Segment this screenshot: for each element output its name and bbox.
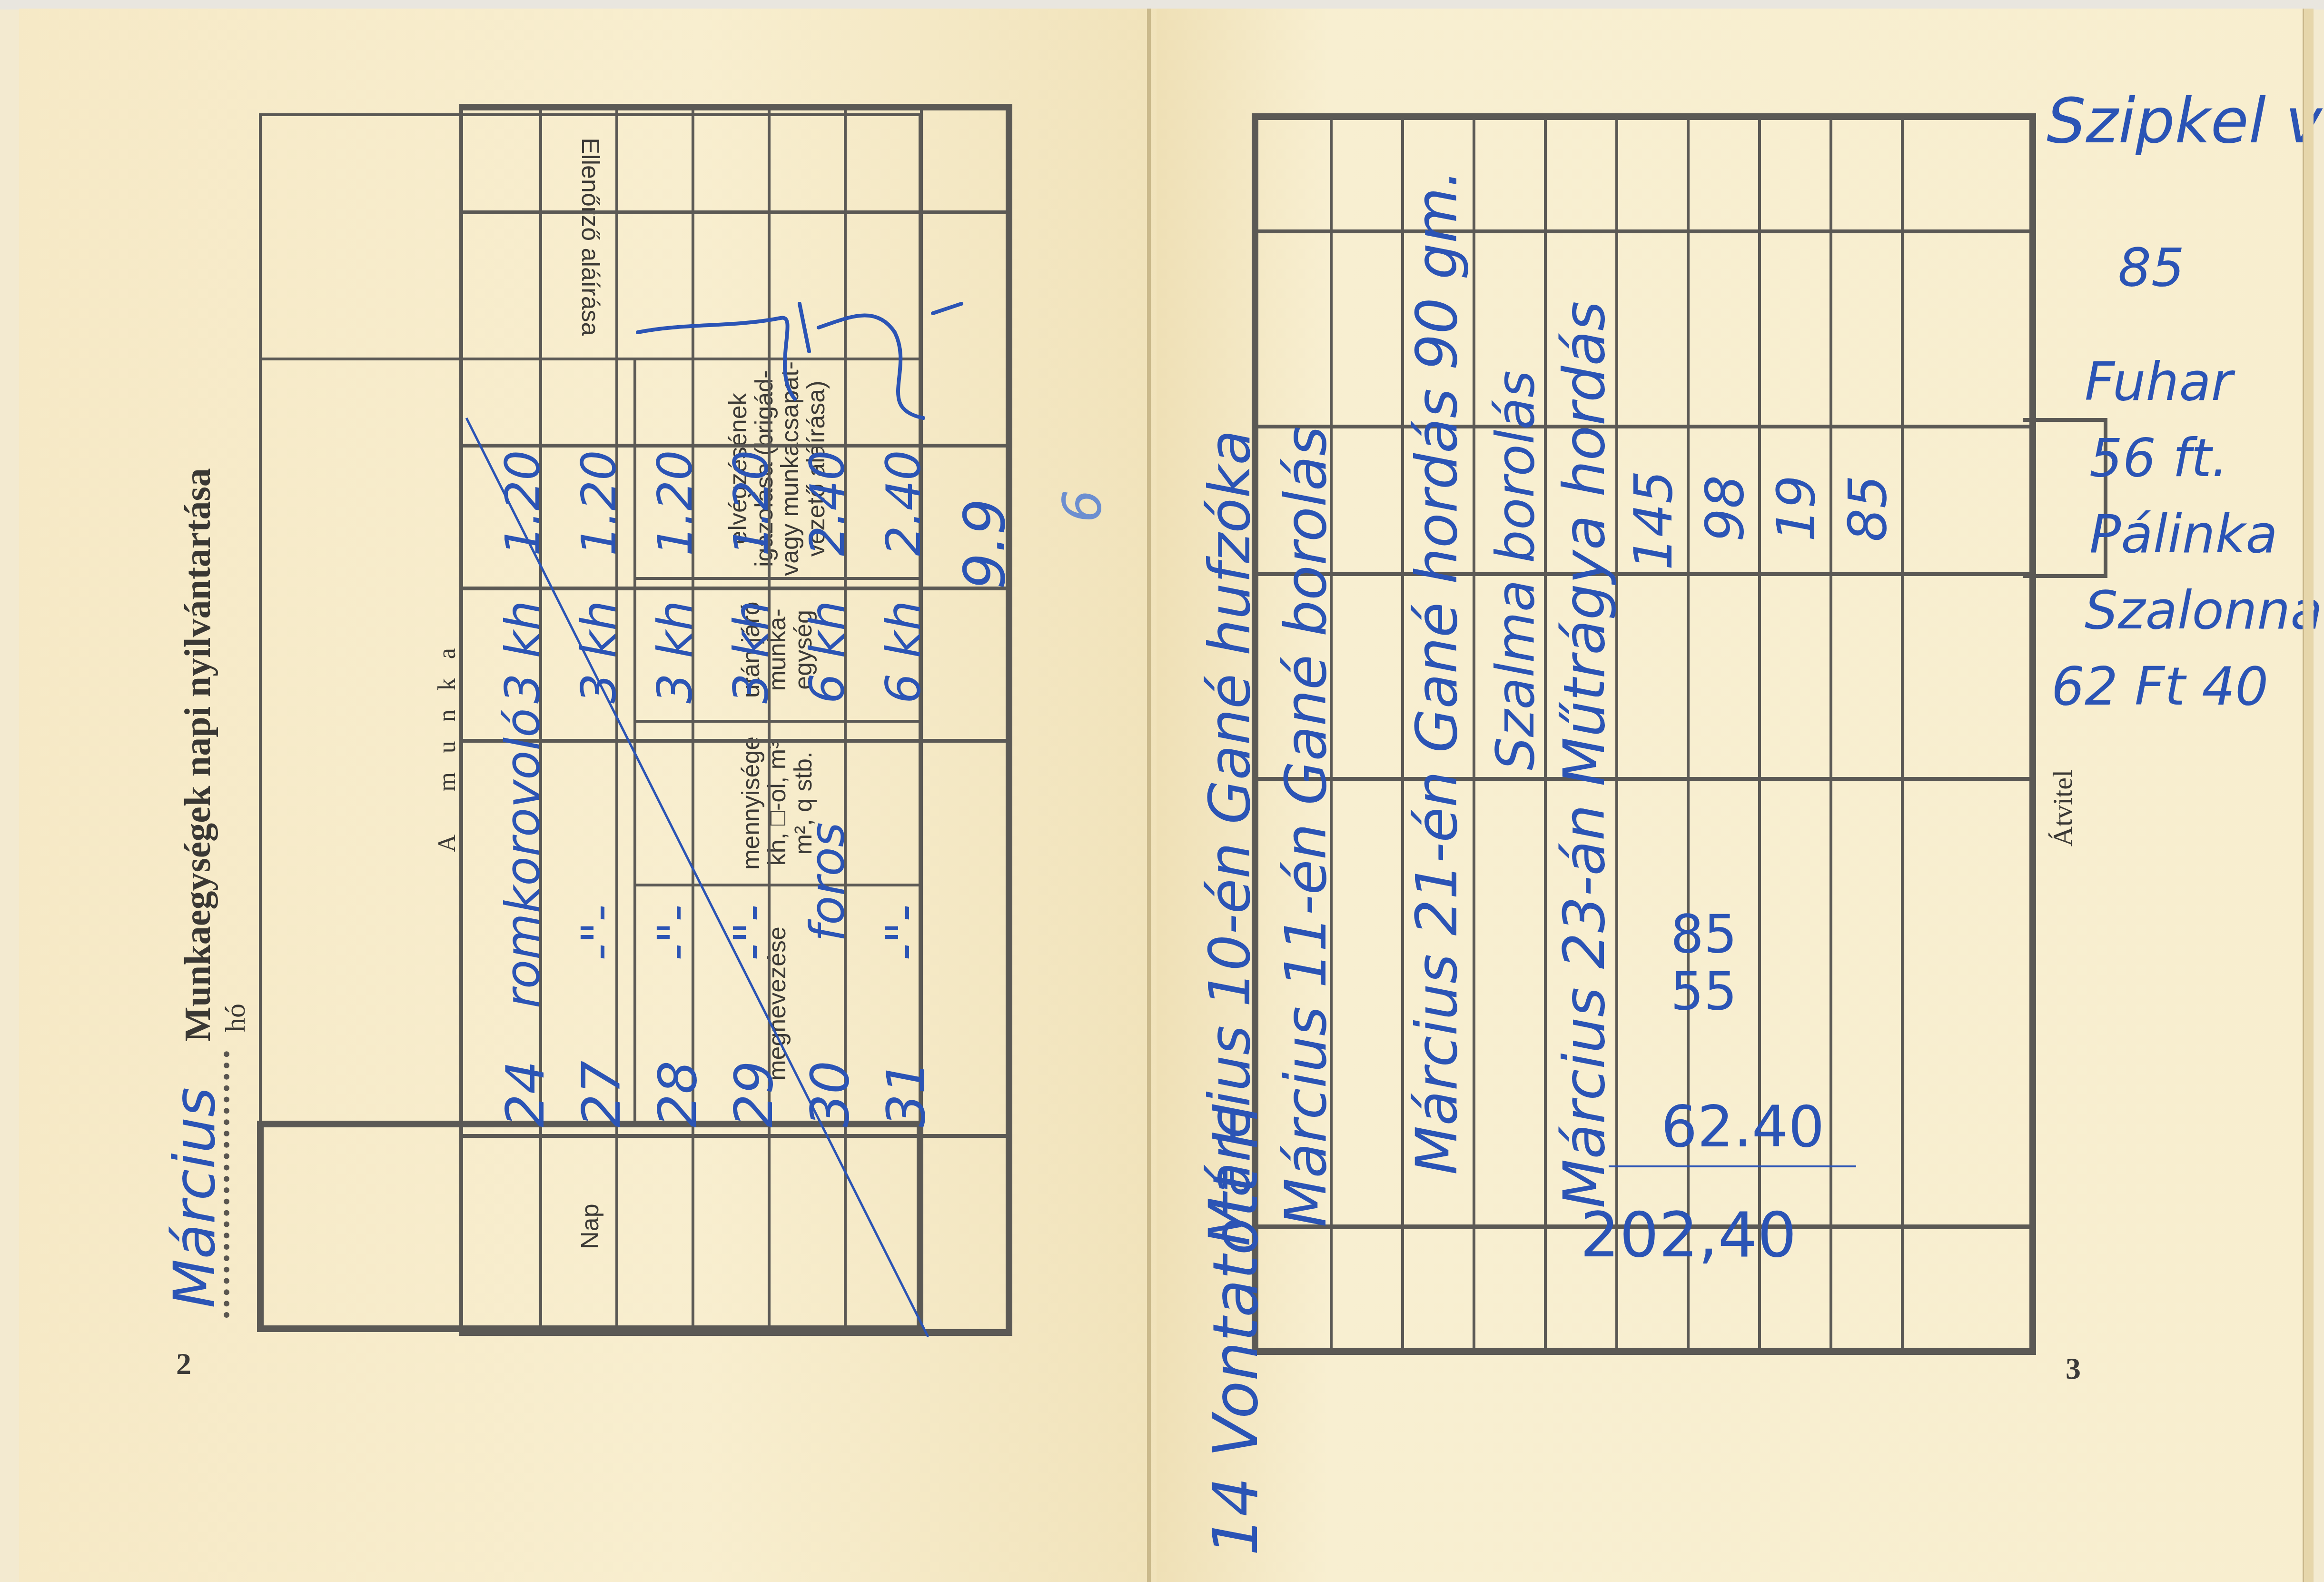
entry-line-5: Március 23-án Műtrágya hordás (1552, 301, 1618, 1208)
page-edge (2303, 9, 2314, 1582)
number-19: 19 (1766, 475, 1827, 542)
bottom-note: 14 Vontatott H (1199, 1103, 1272, 1556)
page-number-left: 2 (176, 1346, 191, 1382)
entry-line-4: Szalma borolás (1485, 370, 1546, 770)
scan-border (0, 0, 2324, 10)
number-85: 85 (1837, 475, 1898, 542)
margin-item-2: 85 (2118, 237, 2185, 298)
month-handwritten: Március (162, 1087, 228, 1308)
page-number-right: 3 (2066, 1351, 2081, 1386)
total-top: 85 (1671, 904, 1737, 965)
margin-item-4: 56 ft. (2089, 428, 2228, 488)
margin-item-6: Szalonna (2085, 580, 2323, 641)
sum-underline (1609, 1165, 1856, 1167)
atvitel-label: Átvitel (2047, 770, 2078, 846)
number-145: 145 (1623, 470, 1684, 570)
entry-line-3: Március 21-én Gané hordás 90 gm. (1404, 169, 1470, 1175)
total-sum: 62.40 (1661, 1094, 1825, 1160)
total-units: 9.9 (952, 498, 1018, 589)
ledger-table (1252, 113, 2036, 1355)
left-page: Munkaegységek napi nyilvántartása hó Már… (19, 9, 1157, 1582)
margin-item-5: Pálinka (2089, 504, 2278, 565)
margin-item-1: Szipkel végi (2047, 85, 2324, 157)
right-page: Átvitel Március 10-én Gané hufzóka Márci… (1157, 9, 2308, 1582)
grand-total: 202,40 (1580, 1199, 1797, 1271)
diagonal-strike-line (462, 413, 938, 1342)
margin-item-3: Fuhar (2085, 351, 2233, 412)
form-title: Munkaegységek napi nyilvántartása (176, 468, 219, 1042)
margin-note: 6 (1052, 489, 1113, 523)
number-98: 98 (1694, 475, 1755, 542)
entry-line-2: Március 11-én Gané borolás (1273, 426, 1339, 1227)
month-label: hó (219, 1004, 252, 1032)
margin-item-7: 62 Ft 40 (2051, 656, 2268, 717)
total-second: 55 (1671, 961, 1737, 1022)
book-spine (1147, 9, 1151, 1582)
